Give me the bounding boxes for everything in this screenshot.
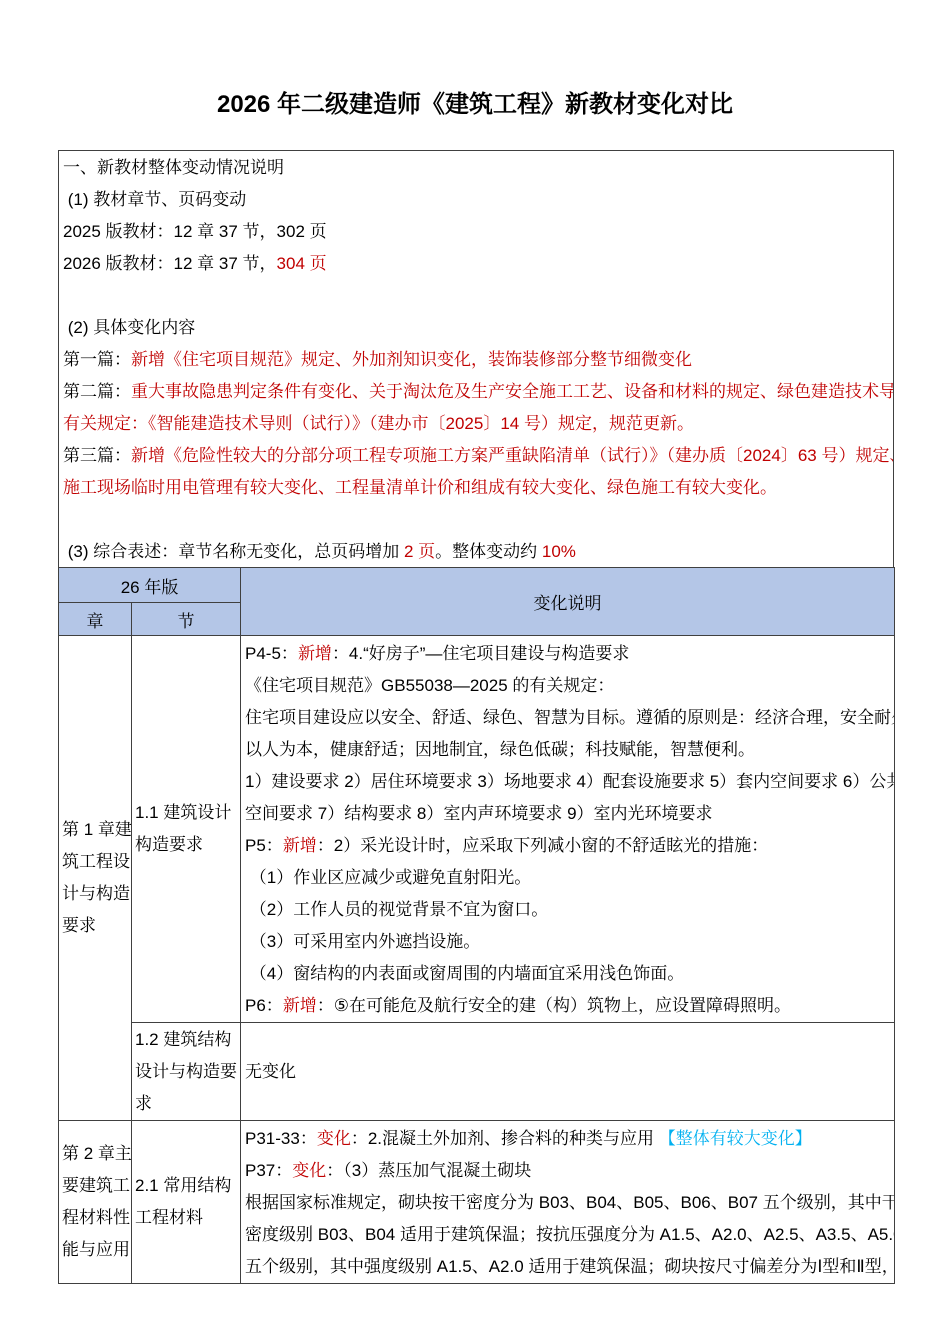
- text-line: 2.1 常用结构: [135, 1170, 240, 1202]
- text-line: 无变化: [245, 1056, 894, 1088]
- text-line: (1) 教材章节、页码变动: [63, 184, 893, 216]
- text-segment: 工程材料: [135, 1208, 203, 1227]
- text-segment: P31-33：: [245, 1129, 317, 1148]
- change-cell-1-2: 无变化: [241, 1023, 895, 1121]
- change-cell-2-1: P31-33：变化：2.混凝土外加剂、掺合料的种类与应用 【整体有较大变化】P3…: [241, 1121, 895, 1284]
- text-segment: 要求: [62, 916, 96, 935]
- text-segment: 第 2 章主: [62, 1144, 131, 1163]
- text-line: 计与构造: [62, 878, 131, 910]
- overall-change-summary-box: 一、新教材整体变动情况说明 (1) 教材章节、页码变动2025 版教材：12 章…: [58, 150, 894, 567]
- text-segment: 【整体有较大变化】: [659, 1129, 812, 1148]
- text-segment: ：2）采光设计时，应采取下列减小窗的不舒适眩光的措施：: [317, 836, 768, 855]
- text-segment: 第 1 章建: [62, 820, 131, 839]
- text-segment: 1）建设要求 2）居住环境要求 3）场地要求 4）配套设施要求 5）套内空间要求…: [245, 772, 894, 791]
- text-segment: 新增: [298, 644, 332, 663]
- text-segment: 2.1 常用结构: [135, 1176, 231, 1195]
- text-segment: 筑工程设: [62, 852, 130, 871]
- text-segment: 304 页: [277, 254, 327, 273]
- text-segment: 重大事故隐患判定条件有变化、关于淘汰危及生产安全施工工艺、设备和材料的规定、绿色…: [131, 382, 893, 401]
- text-line: 空间要求 7）结构要求 8）室内声环境要求 9）室内光环境要求: [245, 798, 894, 830]
- document-page: 2026 年二级建造师《建筑工程》新教材变化对比 一、新教材整体变动情况说明 (…: [0, 0, 950, 1344]
- text-segment: 2 页: [404, 542, 435, 561]
- text-segment: 新增: [283, 836, 317, 855]
- text-segment: [63, 286, 68, 305]
- text-line: 求: [135, 1088, 240, 1120]
- text-line: （2）工作人员的视觉背景不宜为窗口。: [245, 894, 894, 926]
- text-segment: P4-5：: [245, 644, 298, 663]
- text-line: 程材料性: [62, 1202, 131, 1234]
- text-line: 第三篇：新增《危险性较大的分部分项工程专项施工方案严重缺陷清单（试行）》（建办质…: [63, 440, 893, 472]
- header-change-col: 变化说明: [241, 568, 895, 636]
- text-segment: 变化: [292, 1161, 326, 1180]
- text-segment: ：2.混凝土外加剂、掺合料的种类与应用: [351, 1129, 659, 1148]
- text-segment: (1) 教材章节、页码变动: [63, 190, 246, 209]
- text-segment: 《住宅项目规范》GB55038—2025 的有关规定：: [245, 676, 614, 695]
- text-segment: （2）工作人员的视觉背景不宜为窗口。: [245, 900, 548, 919]
- text-segment: 能与应用: [62, 1240, 130, 1259]
- text-line: 要求: [62, 910, 131, 942]
- text-line: （3）可采用室内外遮挡设施。: [245, 926, 894, 958]
- text-segment: 2025 版教材：12 章 37 节，302 页: [63, 222, 327, 241]
- text-segment: (2) 具体变化内容: [63, 318, 195, 337]
- intro-text-block: 一、新教材整体变动情况说明 (1) 教材章节、页码变动2025 版教材：12 章…: [63, 152, 893, 567]
- text-segment: 10%: [542, 542, 576, 561]
- header-year-version: 26 年版: [59, 568, 241, 603]
- text-segment: 计与构造: [62, 884, 130, 903]
- text-segment: 第二篇：: [63, 382, 131, 401]
- text-line: P37：变化：（3）蒸压加气混凝土砌块: [245, 1155, 894, 1187]
- text-segment: 第三篇：: [63, 446, 131, 465]
- page-title: 2026 年二级建造师《建筑工程》新教材变化对比: [0, 84, 950, 119]
- text-segment: 新增《危险性较大的分部分项工程专项施工方案严重缺陷清单（试行）》（建办质〔202…: [131, 446, 893, 465]
- text-line: 第一篇：新增《住宅项目规范》规定、外加剂知识变化，装饰装修部分整节细微变化: [63, 344, 893, 376]
- table-row-2-1: 第 2 章主要建筑工程材料性能与应用 2.1 常用结构工程材料 P31-33：变…: [59, 1121, 895, 1284]
- text-segment: P6：: [245, 996, 283, 1015]
- text-line: 设计与构造要: [135, 1056, 240, 1088]
- text-segment: ：4.“好房子”—住宅项目建设与构造要求: [332, 644, 630, 663]
- text-line: P5：新增：2）采光设计时，应采取下列减小窗的不舒适眩光的措施：: [245, 830, 894, 862]
- text-segment: 变化: [317, 1129, 351, 1148]
- text-segment: [63, 510, 68, 529]
- text-line: 有关规定：《智能建造技术导则（试行）》（建办市〔2025〕14 号）规定，规范更…: [63, 408, 893, 440]
- text-line: 以人为本，健康舒适；因地制宜，绿色低碳；科技赋能，智慧便利。: [245, 734, 894, 766]
- text-line: （4）窗结构的内表面或窗周围的内墙面宜采用浅色饰面。: [245, 958, 894, 990]
- text-line: 能与应用: [62, 1234, 131, 1266]
- text-line: 根据国家标准规定，砌块按干密度分为 B03、B04、B05、B06、B07 五个…: [245, 1187, 894, 1219]
- text-segment: 施工现场临时用电管理有较大变化、工程量清单计价和组成有较大变化、绿色施工有较大变…: [63, 478, 777, 497]
- textbook-comparison-table: 26 年版 变化说明 章 节 第 1 章建筑工程设计与构造要求 1.1 建筑设计…: [58, 567, 895, 1284]
- text-line: （1）作业区应减少或避免直射阳光。: [245, 862, 894, 894]
- text-segment: ：⑤在可能危及航行安全的建（构）筑物上，应设置障碍照明。: [317, 996, 791, 1015]
- text-segment: 求: [135, 1094, 152, 1113]
- text-line: 一、新教材整体变动情况说明: [63, 152, 893, 184]
- text-segment: 无变化: [245, 1062, 296, 1081]
- text-segment: （4）窗结构的内表面或窗周围的内墙面宜采用浅色饰面。: [245, 964, 684, 983]
- text-line: 第 1 章建: [62, 814, 131, 846]
- text-segment: 有关规定：《智能建造技术导则（试行）》（建办市〔2025〕14 号）规定，规范更…: [63, 414, 694, 433]
- text-line: 构造要求: [135, 829, 240, 861]
- text-line: 2025 版教材：12 章 37 节，302 页: [63, 216, 893, 248]
- header-section-col: 节: [132, 603, 241, 636]
- text-segment: P5：: [245, 836, 283, 855]
- text-line: 住宅项目建设应以安全、舒适、绿色、智慧为目标。遵循的原则是：经济合理，安全耐久；: [245, 702, 894, 734]
- text-line: [63, 504, 893, 536]
- text-segment: 以人为本，健康舒适；因地制宜，绿色低碳；科技赋能，智慧便利。: [245, 740, 755, 759]
- text-segment: 新增: [283, 996, 317, 1015]
- text-line: 1.1 建筑设计: [135, 797, 240, 829]
- text-segment: （1）作业区应减少或避免直射阳光。: [245, 868, 531, 887]
- text-segment: 五个级别，其中强度级别 A1.5、A2.0 适用于建筑保温；砌块按尺寸偏差分为Ⅰ…: [245, 1257, 894, 1276]
- text-line: P4-5：新增：4.“好房子”—住宅项目建设与构造要求: [245, 638, 894, 670]
- text-segment: 住宅项目建设应以安全、舒适、绿色、智慧为目标。遵循的原则是：经济合理，安全耐久；: [245, 708, 894, 727]
- text-segment: 1.2 建筑结构: [135, 1030, 231, 1049]
- text-segment: 程材料性: [62, 1208, 130, 1227]
- section-cell-1-2: 1.2 建筑结构设计与构造要求: [132, 1023, 241, 1121]
- text-line: 工程材料: [135, 1202, 240, 1234]
- text-line: (3) 综合表述：章节名称无变化，总页码增加 2 页。整体变动约 10%: [63, 536, 893, 567]
- text-line: 第 2 章主: [62, 1138, 131, 1170]
- chapter-cell-1: 第 1 章建筑工程设计与构造要求: [59, 636, 132, 1121]
- text-segment: 新增《住宅项目规范》规定、外加剂知识变化，装饰装修部分整节细微变化: [131, 350, 692, 369]
- text-line: 2026 版教材：12 章 37 节，304 页: [63, 248, 893, 280]
- text-segment: (3) 综合表述：章节名称无变化，总页码增加: [63, 542, 404, 561]
- text-line: 施工现场临时用电管理有较大变化、工程量清单计价和组成有较大变化、绿色施工有较大变…: [63, 472, 893, 504]
- text-line: 筑工程设: [62, 846, 131, 878]
- text-line: P31-33：变化：2.混凝土外加剂、掺合料的种类与应用 【整体有较大变化】: [245, 1123, 894, 1155]
- text-segment: 2026 版教材：12 章 37 节，: [63, 254, 277, 273]
- text-segment: 第一篇：: [63, 350, 131, 369]
- header-row-1: 26 年版 变化说明: [59, 568, 895, 603]
- text-line: 《住宅项目规范》GB55038—2025 的有关规定：: [245, 670, 894, 702]
- change-cell-1-1: P4-5：新增：4.“好房子”—住宅项目建设与构造要求《住宅项目规范》GB550…: [241, 636, 895, 1023]
- text-line: 密度级别 B03、B04 适用于建筑保温；按抗压强度分为 A1.5、A2.0、A…: [245, 1219, 894, 1251]
- text-segment: 设计与构造要: [135, 1062, 237, 1081]
- text-line: 第二篇：重大事故隐患判定条件有变化、关于淘汰危及生产安全施工工艺、设备和材料的规…: [63, 376, 893, 408]
- text-segment: 根据国家标准规定，砌块按干密度分为 B03、B04、B05、B06、B07 五个…: [245, 1193, 894, 1212]
- text-segment: ：（3）蒸压加气混凝土砌块: [326, 1161, 531, 1180]
- text-segment: 要建筑工: [62, 1176, 130, 1195]
- section-cell-2-1: 2.1 常用结构工程材料: [132, 1121, 241, 1284]
- text-line: 1）建设要求 2）居住环境要求 3）场地要求 4）配套设施要求 5）套内空间要求…: [245, 766, 894, 798]
- text-segment: 1.1 建筑设计: [135, 803, 231, 822]
- text-segment: 密度级别 B03、B04 适用于建筑保温；按抗压强度分为 A1.5、A2.0、A…: [245, 1225, 894, 1244]
- text-segment: 构造要求: [135, 835, 203, 854]
- text-line: 五个级别，其中强度级别 A1.5、A2.0 适用于建筑保温；砌块按尺寸偏差分为Ⅰ…: [245, 1251, 894, 1283]
- section-cell-1-1: 1.1 建筑设计构造要求: [132, 636, 241, 1023]
- text-line: 要建筑工: [62, 1170, 131, 1202]
- table-row-1-1: 第 1 章建筑工程设计与构造要求 1.1 建筑设计构造要求 P4-5：新增：4.…: [59, 636, 895, 1023]
- text-segment: （3）可采用室内外遮挡设施。: [245, 932, 480, 951]
- text-line: (2) 具体变化内容: [63, 312, 893, 344]
- chapter-cell-2: 第 2 章主要建筑工程材料性能与应用: [59, 1121, 132, 1284]
- text-segment: 一、新教材整体变动情况说明: [63, 158, 284, 177]
- text-line: P6：新增：⑤在可能危及航行安全的建（构）筑物上，应设置障碍照明。: [245, 990, 894, 1022]
- text-segment: P37：: [245, 1161, 292, 1180]
- text-line: 1.2 建筑结构: [135, 1024, 240, 1056]
- header-chapter-col: 章: [59, 603, 132, 636]
- text-segment: 。整体变动约: [435, 542, 542, 561]
- text-line: [63, 280, 893, 312]
- table-row-1-2: 1.2 建筑结构设计与构造要求 无变化: [59, 1023, 895, 1121]
- text-segment: 空间要求 7）结构要求 8）室内声环境要求 9）室内光环境要求: [245, 804, 713, 823]
